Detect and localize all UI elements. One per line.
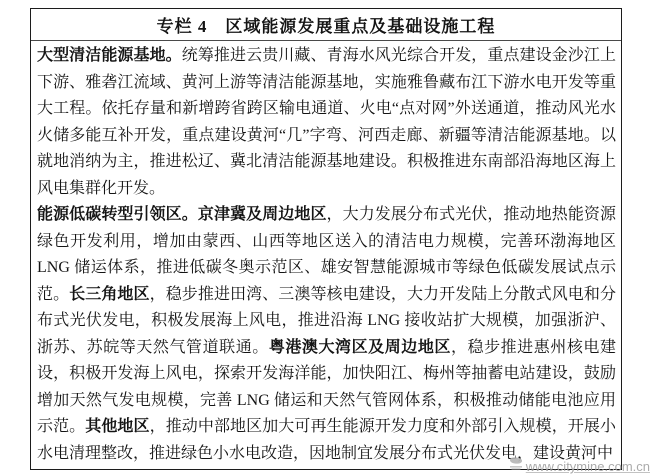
watermark-url: www.citymine.com.cn — [526, 459, 650, 474]
bold-lead-in: 长三角地区 — [69, 286, 149, 303]
body-text: 统筹推进云贵川藏、青海水风光综合开发，重点建设金沙江上下游、雅砻江流域、黄河上游… — [37, 47, 616, 197]
column-box: 专栏 4 区域能源发展重点及基础设施工程 大型清洁能源基地。统筹推进云贵川藏、青… — [30, 8, 622, 470]
box-title: 专栏 4 区域能源发展重点及基础设施工程 — [31, 9, 621, 41]
bold-lead-in: 大型清洁能源基地。 — [37, 47, 182, 64]
bold-lead-in: 能源低碳转型引领区。 — [37, 206, 198, 223]
watermark-logo-icon — [508, 457, 524, 473]
bold-lead-in: 其他地区 — [85, 418, 149, 435]
watermark: www.citymine.com.cn — [508, 457, 650, 474]
paragraph: 大型清洁能源基地。统筹推进云贵川藏、青海水风光综合开发，重点建设金沙江上下游、雅… — [37, 43, 616, 202]
paragraph: 能源低碳转型引领区。京津冀及周边地区，大力发展分布式光伏，推动地热能资源绿色开发… — [37, 202, 616, 467]
box-body: 大型清洁能源基地。统筹推进云贵川藏、青海水风光综合开发，重点建设金沙江上下游、雅… — [31, 41, 621, 467]
bold-lead-in: 粤港澳大湾区及周边地区 — [269, 339, 451, 356]
bold-lead-in: 京津冀及周边地区 — [198, 206, 327, 223]
